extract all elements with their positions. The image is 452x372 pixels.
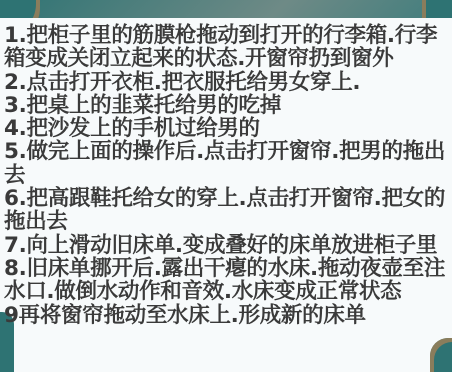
step-1: 1.把柜子里的筋膜枪拖动到打开的行李箱.行李箱变成关闭立起来的状态.开窗帘扔到窗…: [4, 24, 450, 71]
step-9: 9再将窗帘拖动至水床上.形成新的床单: [4, 304, 450, 327]
step-2: 2.点击打开衣柜.把衣服托给男女穿上.: [4, 71, 450, 94]
step-4: 4.把沙发上的手机过给男的: [4, 117, 450, 140]
step-7: 7.向上滑动旧床单.变成叠好的床单放进柜子里: [4, 234, 450, 257]
step-8: 8.旧床单挪开后.露出干瘪的水床.拖动夜壶至注水口.做倒水动作和音效.水床变成正…: [4, 257, 450, 304]
step-3: 3.把桌上的韭菜托给男的吃掉: [4, 94, 450, 117]
walkthrough-steps: 1.把柜子里的筋膜枪拖动到打开的行李箱.行李箱变成关闭立起来的状态.开窗帘扔到窗…: [4, 24, 450, 327]
step-6: 6.把高跟鞋托给女的穿上.点击打开窗帘.把女的拖出去: [4, 187, 450, 234]
step-5: 5.做完上面的操作后.点击打开窗帘.把男的拖出去: [4, 140, 450, 187]
